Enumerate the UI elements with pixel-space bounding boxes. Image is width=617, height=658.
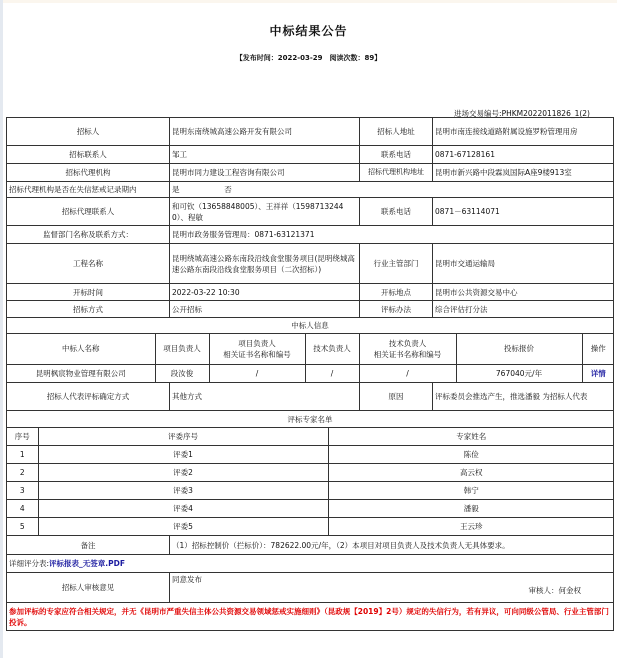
row-project: 工程名称 昆明绕城高速公路东南段沿线食堂服务项目(昆明绕城高速公路东南段沿线食堂…	[7, 244, 614, 284]
winner-table: 中标人名称 项目负责人 项目负责人 相关证书名称和编号 技术负责人 技术负责人 …	[7, 334, 614, 382]
score-label: 详细评分表:	[9, 559, 49, 568]
expert-seat: 评委2	[38, 463, 328, 481]
open-place-value: 昆明市公共资源交易中心	[433, 284, 614, 301]
experts-header-row: 序号 评委序号 专家姓名	[7, 428, 614, 445]
expert-no: 3	[7, 481, 38, 499]
expert-no: 1	[7, 445, 38, 463]
open-place-label: 开标地点	[360, 284, 433, 301]
page-left-border	[0, 0, 3, 658]
score-cell: 详细评分表:评标报表_无签章.PDF	[7, 555, 614, 573]
reason-value: 评标委员会推选产生，推选潘毅 为招标人代表	[433, 383, 614, 411]
project-label: 工程名称	[7, 244, 170, 284]
eval-value: 综合评估打分法	[433, 301, 614, 318]
agency-label: 招标代理机构	[7, 164, 170, 182]
expert-row: 1 评委1 陈俭	[7, 445, 614, 463]
row-agency-contact: 招标代理联系人 和可钦（13658848005）、王祥祥（15987132440…	[7, 198, 614, 226]
row-experts-table: 序号 评委序号 专家姓名 1 评委1 陈俭 2 评委2 高云权 3 评委3	[7, 428, 614, 536]
open-time-value: 2022-03-22 10:30	[170, 284, 360, 301]
expert-row: 2 评委2 高云权	[7, 463, 614, 481]
expert-no: 2	[7, 463, 38, 481]
review-cell: 同意发布 审核人：何金权	[170, 573, 614, 603]
row-open-time: 开标时间 2022-03-22 10:30 开标地点 昆明市公共资源交易中心	[7, 284, 614, 301]
agency-value: 昆明市同力建设工程咨询有限公司	[170, 164, 360, 182]
review-opinion: 同意发布	[172, 574, 611, 585]
row-method: 招标方式 公开招标 评标办法 综合评估打分法	[7, 301, 614, 318]
reason-label: 原因	[360, 383, 433, 411]
agency-addr-value: 昆明市新兴路中段霖岚国际A座9楼913室	[433, 164, 614, 182]
col-price: 投标报价	[456, 334, 582, 364]
row-winner-table: 中标人名称 项目负责人 项目负责人 相关证书名称和编号 技术负责人 技术负责人 …	[7, 334, 614, 383]
col-pm-cert: 项目负责人 相关证书名称和编号	[209, 334, 305, 364]
winner-tech: /	[305, 364, 359, 382]
row-credit: 招标代理机构是否在失信惩戒记录期内 是 否	[7, 182, 614, 198]
row-review: 招标人审核意见 同意发布 审核人：何金权	[7, 573, 614, 603]
expert-name: 高云权	[328, 463, 614, 481]
score-file-link[interactable]: 评标报表_无签章.PDF	[49, 559, 125, 568]
row-supervisor: 监督部门名称及联系方式： 昆明市政务服务管理局：0871-63121371	[7, 226, 614, 244]
row-experts-title: 评标专家名单	[7, 411, 614, 428]
credit-no: 否	[224, 185, 232, 194]
supervisor-value: 昆明市政务服务管理局：0871-63121371	[170, 226, 614, 244]
expert-seat: 评委1	[38, 445, 328, 463]
credit-yes: 是	[172, 185, 180, 194]
winner-pm: 段汝俊	[155, 364, 209, 382]
credit-options: 是 否	[170, 182, 614, 198]
open-time-label: 开标时间	[7, 284, 170, 301]
row-tenderer: 招标人 昆明东南绕城高速公路开发有限公司 招标人地址 昆明市南连接线道路附属设施…	[7, 118, 614, 146]
winner-price: 767040元/年	[456, 364, 582, 382]
phone-label: 联系电话	[360, 146, 433, 164]
contact-label: 招标联系人	[7, 146, 170, 164]
industry-value: 昆明市交通运输局	[433, 244, 614, 284]
expert-row: 3 评委3 韩宁	[7, 481, 614, 499]
expert-name: 王云珍	[328, 517, 614, 535]
expert-name: 陈俭	[328, 445, 614, 463]
contact-value: 邹工	[170, 146, 360, 164]
col-seat: 评委序号	[38, 428, 328, 445]
row-winner-title: 中标人信息	[7, 318, 614, 334]
page-title: 中标结果公告	[0, 22, 617, 39]
tenderer-value: 昆明东南绕城高速公路开发有限公司	[170, 118, 360, 146]
col-tech: 技术负责人	[305, 334, 359, 364]
reviewer: 审核人：何金权	[172, 585, 611, 596]
rep-value: 其他方式	[170, 383, 360, 411]
publish-meta: 【发布时间：2022-03-29 阅读次数：89】	[0, 53, 617, 63]
expert-no: 5	[7, 517, 38, 535]
method-value: 公开招标	[170, 301, 360, 318]
row-score: 详细评分表:评标报表_无签章.PDF	[7, 555, 614, 573]
supervisor-label: 监督部门名称及联系方式：	[7, 226, 170, 244]
remarks-label: 备注	[7, 536, 170, 555]
rep-label: 招标人代表评标确定方式	[7, 383, 170, 411]
experts-section-title: 评标专家名单	[7, 411, 614, 428]
winner-row: 昆明枫宸物业管理有限公司 段汝俊 / / / 767040元/年 详情	[7, 364, 614, 382]
col-no: 序号	[7, 428, 38, 445]
row-agency: 招标代理机构 昆明市同力建设工程咨询有限公司 招标代理机构地址 昆明市新兴路中段…	[7, 164, 614, 182]
winner-header-row: 中标人名称 项目负责人 项目负责人 相关证书名称和编号 技术负责人 技术负责人 …	[7, 334, 614, 364]
col-action: 操作	[582, 334, 614, 364]
expert-seat: 评委5	[38, 517, 328, 535]
details-link[interactable]: 详情	[582, 364, 614, 382]
agency-phone-value: 0871－63114071	[433, 198, 614, 226]
winner-name: 昆明枫宸物业管理有限公司	[7, 364, 155, 382]
warning-notice: 参加评标的专家应符合相关规定，并无《昆明市严重失信主体公共资源交易领域惩戒实施细…	[7, 603, 614, 631]
row-remarks: 备注 （1）招标控制价（拦标价）：782622.00元/年，（2）本项目对项目负…	[7, 536, 614, 555]
winner-pm-cert: /	[209, 364, 305, 382]
eval-label: 评标办法	[360, 301, 433, 318]
project-value: 昆明绕城高速公路东南段沿线食堂服务项目(昆明绕城高速公路东南段沿线食堂服务项目（…	[170, 244, 360, 284]
expert-seat: 评委4	[38, 499, 328, 517]
industry-label: 行业主管部门	[360, 244, 433, 284]
expert-no: 4	[7, 499, 38, 517]
winner-section-title: 中标人信息	[7, 318, 614, 334]
col-pm: 项目负责人	[155, 334, 209, 364]
expert-name: 潘毅	[328, 499, 614, 517]
credit-label: 招标代理机构是否在失信惩戒记录期内	[7, 182, 170, 198]
agency-contact-value: 和可钦（13658848005）、王祥祥（15987132440）、程敏	[170, 198, 360, 226]
expert-row: 4 评委4 潘毅	[7, 499, 614, 517]
page-top-border	[3, 0, 617, 3]
tenderer-addr-label: 招标人地址	[360, 118, 433, 146]
experts-table: 序号 评委序号 专家姓名 1 评委1 陈俭 2 评委2 高云权 3 评委3	[7, 428, 614, 535]
col-tech-cert: 技术负责人 相关证书名称和编号	[359, 334, 456, 364]
expert-name: 韩宁	[328, 481, 614, 499]
expert-seat: 评委3	[38, 481, 328, 499]
agency-addr-label: 招标代理机构地址	[360, 164, 433, 182]
row-contact: 招标联系人 邹工 联系电话 0871-67128161	[7, 146, 614, 164]
agency-contact-label: 招标代理联系人	[7, 198, 170, 226]
remarks-value: （1）招标控制价（拦标价）：782622.00元/年，（2）本项目对项目负责人及…	[170, 536, 614, 555]
result-table: 招标人 昆明东南绕城高速公路开发有限公司 招标人地址 昆明市南连接线道路附属设施…	[6, 117, 614, 631]
review-label: 招标人审核意见	[7, 573, 170, 603]
tenderer-label: 招标人	[7, 118, 170, 146]
col-expert-name: 专家姓名	[328, 428, 614, 445]
row-notice: 参加评标的专家应符合相关规定，并无《昆明市严重失信主体公共资源交易领域惩戒实施细…	[7, 603, 614, 631]
winner-tech-cert: /	[359, 364, 456, 382]
expert-row: 5 评委5 王云珍	[7, 517, 614, 535]
agency-phone-label: 联系电话	[360, 198, 433, 226]
phone-value: 0871-67128161	[433, 146, 614, 164]
method-label: 招标方式	[7, 301, 170, 318]
tenderer-addr-value: 昆明市南连接线道路附属设施罗粉管理用房	[433, 118, 614, 146]
col-winner-name: 中标人名称	[7, 334, 155, 364]
row-rep: 招标人代表评标确定方式 其他方式 原因 评标委员会推选产生，推选潘毅 为招标人代…	[7, 383, 614, 411]
